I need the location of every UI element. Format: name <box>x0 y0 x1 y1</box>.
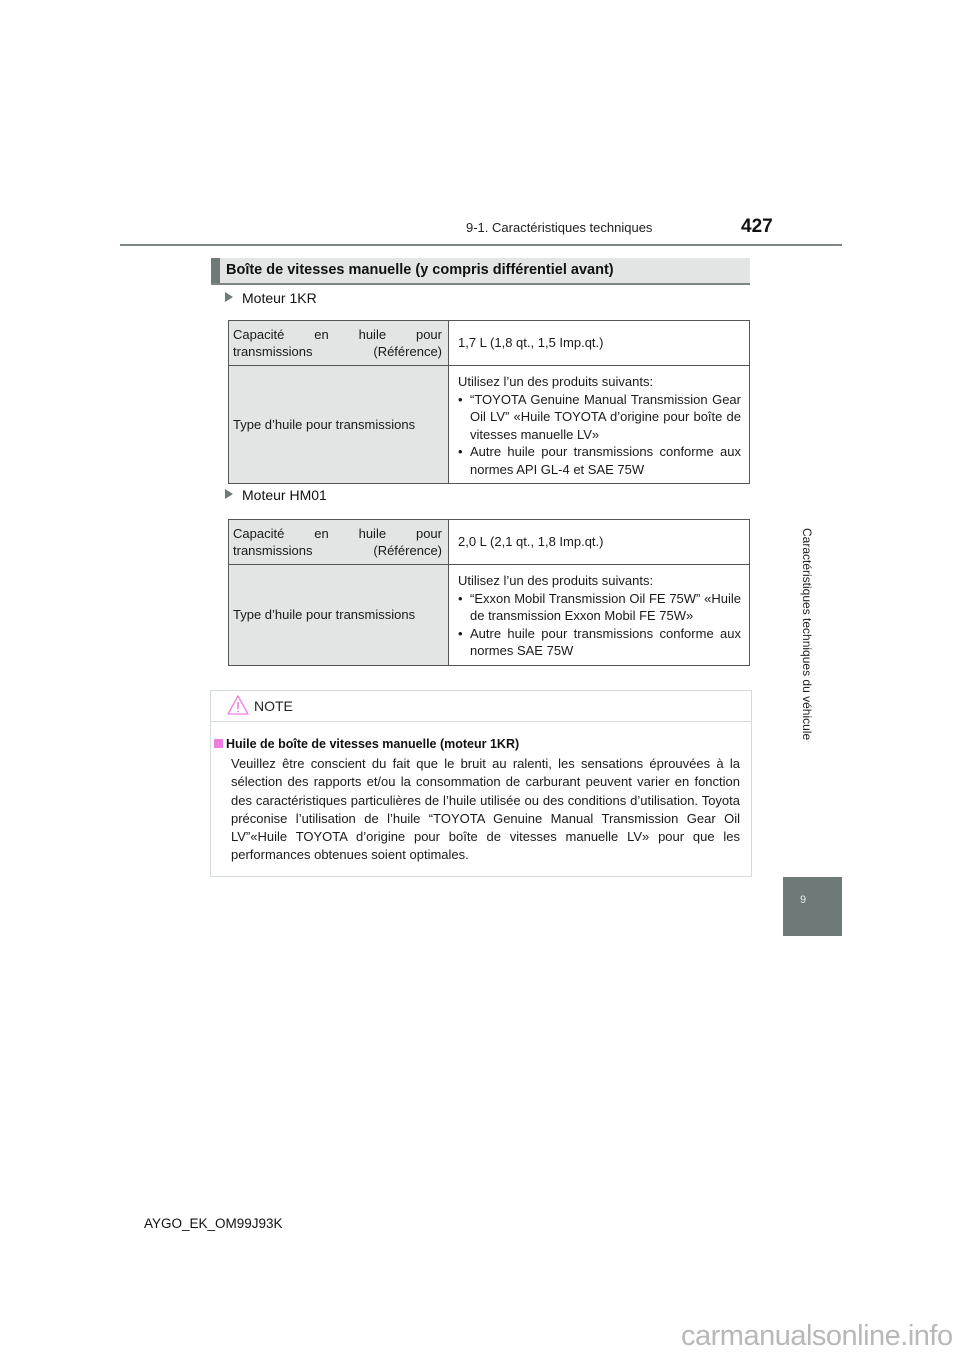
chapter-side-title: Caractéristiques techniques du véhicule <box>792 528 814 868</box>
table-row-oil-type: Type d’huile pour transmissions Utilisez… <box>229 565 750 666</box>
engine-heading-hm01: Moteur HM01 <box>225 487 327 503</box>
chapter-number: 9 <box>800 894 806 906</box>
list-item: “Exxon Mobil Transmission Oil FE 75W” «H… <box>458 590 741 625</box>
watermark: carmanualsonline.info <box>681 1320 953 1353</box>
triangle-bullet-icon <box>225 489 233 499</box>
oil-type-label: Type d’huile pour transmissions <box>229 366 449 484</box>
section-accent <box>211 258 220 283</box>
engine-heading-text: Moteur HM01 <box>242 487 327 503</box>
chapter-tab: 9 <box>783 877 842 936</box>
capacity-label-text: Capacité en huile pour transmissions (Ré… <box>233 326 442 361</box>
spec-table-1kr: Capacité en huile pour transmissions (Ré… <box>228 320 750 484</box>
list-item: Autre huile pour transmissions conforme … <box>458 625 741 660</box>
running-header-section: 9-1. Caractéristiques techniques <box>466 220 652 235</box>
capacity-label-text: Capacité en huile pour transmissions (Ré… <box>233 525 442 560</box>
engine-heading-1kr: Moteur 1KR <box>225 290 317 306</box>
document-code: AYGO_EK_OM99J93K <box>144 1216 283 1231</box>
square-bullet-icon <box>214 739 223 748</box>
capacity-value: 1,7 L (1,8 qt., 1,5 Imp.qt.) <box>449 321 750 366</box>
note-subheading: Huile de boîte de vitesses manuelle (mot… <box>214 737 519 751</box>
header-divider <box>120 244 842 246</box>
table-row-capacity: Capacité en huile pour transmissions (Ré… <box>229 520 750 565</box>
capacity-label: Capacité en huile pour transmissions (Ré… <box>229 321 449 366</box>
note-subheading-text: Huile de boîte de vitesses manuelle (mot… <box>226 737 519 751</box>
oil-type-list: “Exxon Mobil Transmission Oil FE 75W” «H… <box>458 590 741 660</box>
warning-triangle-icon <box>227 695 249 715</box>
section-title: Boîte de vitesses manuelle (y compris di… <box>226 262 614 278</box>
note-header: NOTE <box>211 691 751 722</box>
capacity-value: 2,0 L (2,1 qt., 1,8 Imp.qt.) <box>449 520 750 565</box>
oil-type-value: Utilisez l’un des produits suivants: “Ex… <box>449 565 750 666</box>
table-row-oil-type: Type d’huile pour transmissions Utilisez… <box>229 366 750 484</box>
list-item: Autre huile pour transmissions conforme … <box>458 443 741 478</box>
triangle-bullet-icon <box>225 292 233 302</box>
note-body: Veuillez être conscient du fait que le b… <box>231 755 740 865</box>
engine-heading-text: Moteur 1KR <box>242 290 317 306</box>
note-box: NOTE Huile de boîte de vitesses manuelle… <box>210 690 752 877</box>
spec-table-hm01: Capacité en huile pour transmissions (Ré… <box>228 519 750 666</box>
table-row-capacity: Capacité en huile pour transmissions (Ré… <box>229 321 750 366</box>
oil-type-list: “TOYOTA Genuine Manual Transmission Gear… <box>458 391 741 479</box>
list-item: “TOYOTA Genuine Manual Transmission Gear… <box>458 391 741 444</box>
oil-type-intro: Utilisez l’un des produits suivants: <box>458 572 741 590</box>
capacity-label: Capacité en huile pour transmissions (Ré… <box>229 520 449 565</box>
note-label: NOTE <box>254 698 293 714</box>
section-title-bar: Boîte de vitesses manuelle (y compris di… <box>211 258 750 285</box>
oil-type-value: Utilisez l’un des produits suivants: “TO… <box>449 366 750 484</box>
oil-type-intro: Utilisez l’un des produits suivants: <box>458 373 741 391</box>
oil-type-label: Type d’huile pour transmissions <box>229 565 449 666</box>
page-number: 427 <box>741 216 773 238</box>
